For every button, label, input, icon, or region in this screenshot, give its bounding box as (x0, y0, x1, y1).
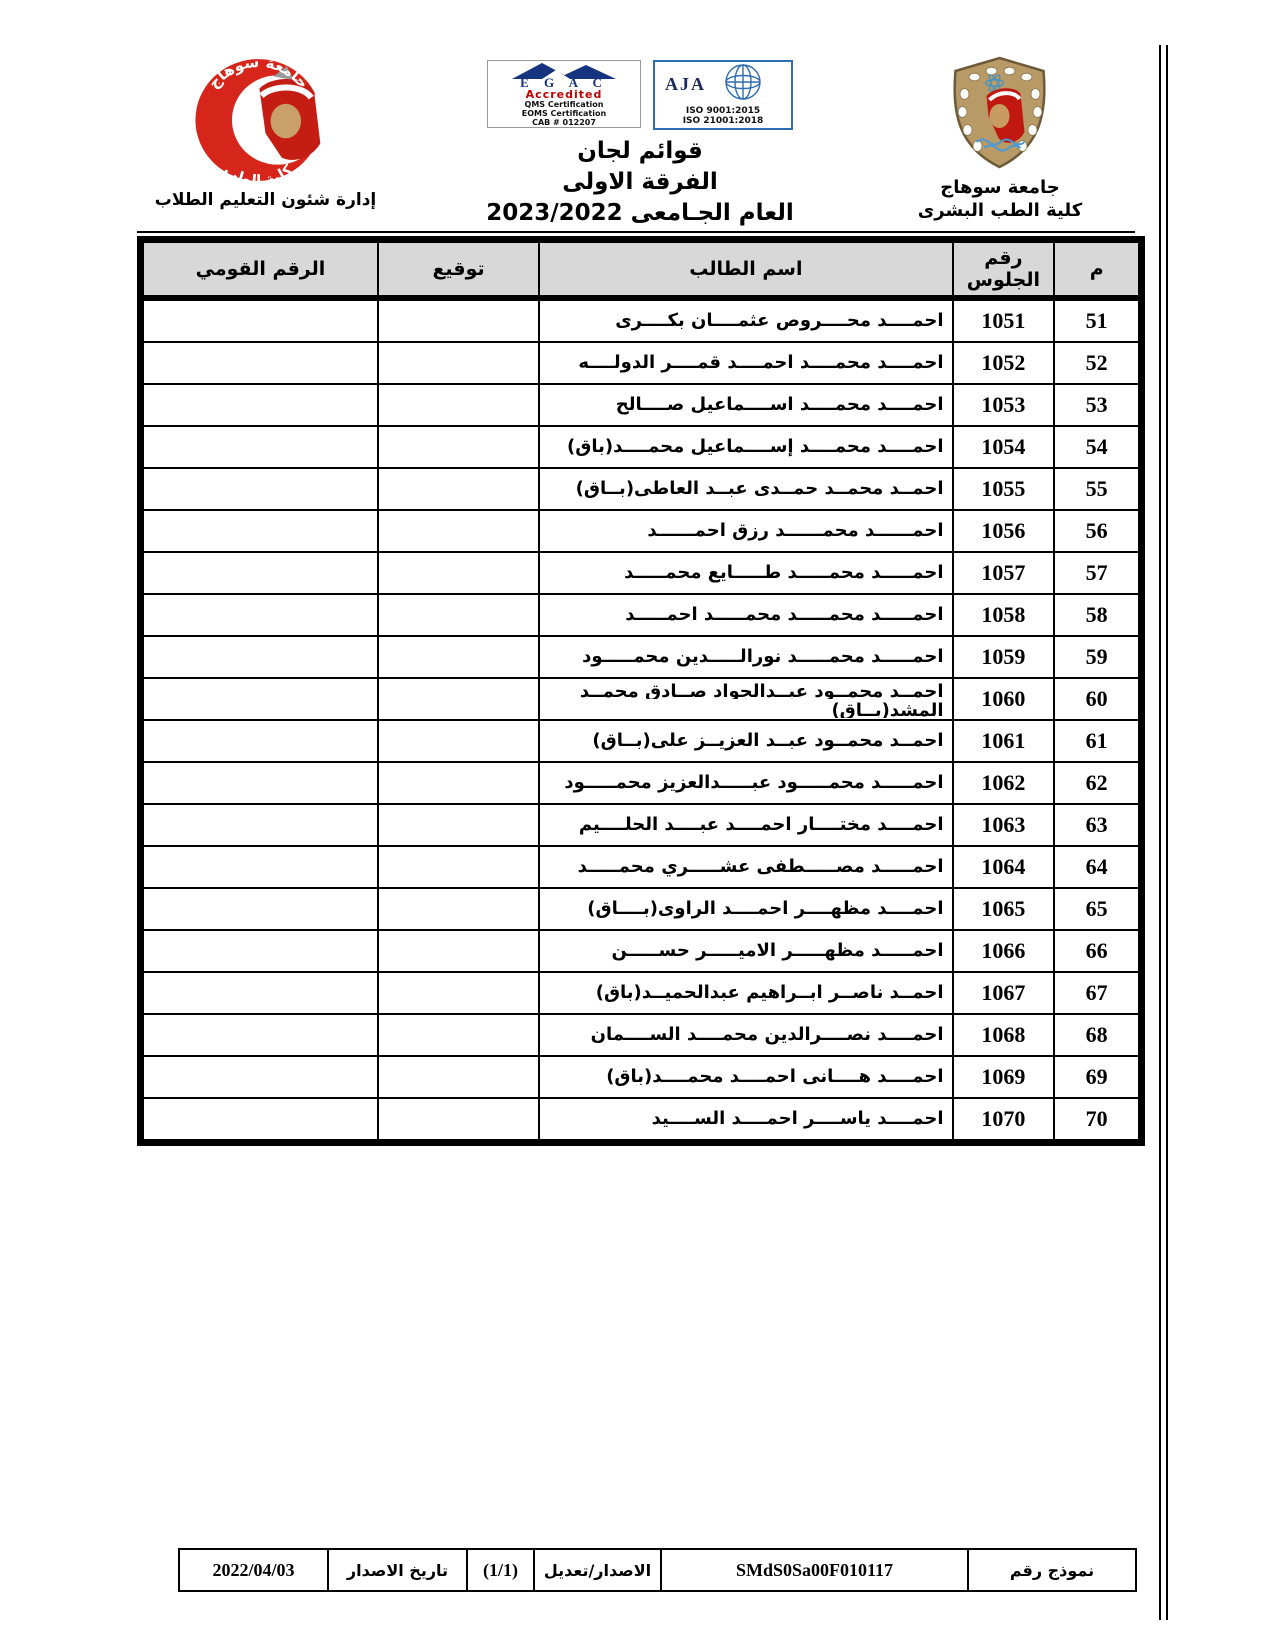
signature-cell (378, 1014, 539, 1056)
seat-number-cell: 1064 (953, 846, 1055, 888)
signature-cell (378, 468, 539, 510)
seat-number-cell: 1062 (953, 762, 1055, 804)
national-id-cell (143, 384, 378, 426)
signature-cell (378, 1056, 539, 1098)
table-row: 67 1067 احمــد ناصــر ابــراهيم عبدالحمي… (143, 972, 1139, 1014)
index-cell: 55 (1054, 468, 1139, 510)
index-cell: 66 (1054, 930, 1139, 972)
seat-number-cell: 1068 (953, 1014, 1055, 1056)
table-row: 52 1052 احمــــد محمــــد احمــــد قمـــ… (143, 342, 1139, 384)
table-row: 63 1063 احمــــد مختــــار احمــــد عبــ… (143, 804, 1139, 846)
student-name-text: احمــــد هــــانى احمــــد محمــــد(باق) (548, 1065, 943, 1089)
egac-cert-line: QMS Certification (525, 100, 604, 109)
index-cell: 54 (1054, 426, 1139, 468)
page-edge-rule (1159, 45, 1168, 1620)
table-row: 60 1060 احمــد محمــود عبــدالجواد صــاد… (143, 678, 1139, 720)
form-footer: نموذج رقم SMdS0Sa00F010117 الاصدار/تعديل… (178, 1548, 1135, 1592)
doc-title-committees: قوائم لجان (478, 136, 802, 167)
table-top-rule (137, 231, 1135, 233)
table-row: 59 1059 احمـــــد محمـــــد نورالـــــدي… (143, 636, 1139, 678)
student-name-text: احمــــد محمــــد اســــماعيل صــــالح (548, 393, 943, 417)
national-id-cell (143, 930, 378, 972)
national-id-cell (143, 426, 378, 468)
seat-number-cell: 1066 (953, 930, 1055, 972)
student-name-cell: احمــــد محمــــد اســــماعيل صــــالح (539, 384, 952, 426)
student-name-cell: احمـــــد محمـــــد محمـــــد احمـــــد (539, 594, 952, 636)
student-name-cell: احمــــد محمــــد احمــــد قمــــر الدول… (539, 342, 952, 384)
student-name-text: احمـــــد مظهـــــر الاميـــــر حســـــن (548, 939, 943, 963)
student-name-cell: احمــد محمــود عبــد العزيــز على(بــاق) (539, 720, 952, 762)
students-table: م رقم الجلوس اسم الطالب توقيع الرقم القو… (142, 241, 1140, 1141)
seat-number-cell: 1060 (953, 678, 1055, 720)
university-shield-logo (941, 54, 1059, 172)
index-cell: 70 (1054, 1098, 1139, 1140)
national-id-cell (143, 972, 378, 1014)
seat-number-cell: 1056 (953, 510, 1055, 552)
doc-title-year-group: الفرقة الاولى (478, 167, 802, 198)
student-name-cell: احمـــــد محمـــــد طـــــايع محمـــــد (539, 552, 952, 594)
university-name-caption: جامعة سوهاج (915, 176, 1085, 199)
national-id-cell (143, 1056, 378, 1098)
student-name-cell: احمــد ناصــر ابــراهيم عبدالحميــد(باق) (539, 972, 952, 1014)
signature-cell (378, 298, 539, 342)
national-id-cell (143, 804, 378, 846)
university-block: جامعة سوهاج كلية الطب البشرى (915, 54, 1085, 222)
student-name-cell: احمــــد مختــــار احمــــد عبــــد الحل… (539, 804, 952, 846)
egac-cert-line: CAB # 012207 (532, 118, 596, 127)
student-name-text: احمــــد محمــــد احمــــد قمــــر الدول… (548, 351, 943, 375)
signature-cell (378, 762, 539, 804)
table-row: 57 1057 احمـــــد محمـــــد طـــــايع مح… (143, 552, 1139, 594)
signature-cell (378, 594, 539, 636)
issue-date-value: 2022/04/03 (179, 1549, 328, 1591)
student-name-cell: احمــــد نصــــرالدين محمــــد الســــما… (539, 1014, 952, 1056)
student-name-cell: احمـــــد محمـــــد نورالـــــدين محمـــ… (539, 636, 952, 678)
national-id-cell (143, 342, 378, 384)
index-cell: 58 (1054, 594, 1139, 636)
seat-number-cell: 1065 (953, 888, 1055, 930)
student-name-text: احمــــــد محمــــــد رزق احمــــــد (548, 519, 943, 543)
signature-cell (378, 804, 539, 846)
pharaoh-face-icon (990, 104, 1010, 128)
signature-cell (378, 972, 539, 1014)
student-name-text: احمــــد مظهــــر احمــــد الراوى(بــــا… (548, 897, 943, 921)
form-number-code: SMdS0Sa00F010117 (661, 1549, 968, 1591)
national-id-cell (143, 594, 378, 636)
national-id-cell (143, 510, 378, 552)
aja-iso-line: ISO 9001:2015 (655, 106, 791, 116)
index-cell: 62 (1054, 762, 1139, 804)
national-id-cell (143, 846, 378, 888)
table-header-row: م رقم الجلوس اسم الطالب توقيع الرقم القو… (143, 242, 1139, 298)
col-header-signature: توقيع (378, 242, 539, 298)
table-row: 64 1064 احمـــــد مصـــــطفى عشـــــري م… (143, 846, 1139, 888)
national-id-cell (143, 298, 378, 342)
national-id-cell (143, 1098, 378, 1140)
student-name-text: احمــد محمــد حمــدى عبــد العاطى(بــاق) (548, 477, 943, 501)
egac-accreditation-badge: E G A C Accredited QMS Certification EOM… (487, 60, 641, 128)
signature-cell (378, 552, 539, 594)
index-cell: 57 (1054, 552, 1139, 594)
col-header-seat-number: رقم الجلوس (953, 242, 1055, 298)
student-name-text: احمــــد مختــــار احمــــد عبــــد الحل… (548, 813, 943, 837)
aja-iso-line: ISO 21001:2018 (655, 116, 791, 126)
seat-number-cell: 1061 (953, 720, 1055, 762)
table-row: 66 1066 احمـــــد مظهـــــر الاميـــــر … (143, 930, 1139, 972)
index-cell: 65 (1054, 888, 1139, 930)
student-name-cell: احمــد محمــد حمــدى عبــد العاطى(بــاق) (539, 468, 952, 510)
student-name-text: احمـــــد مصـــــطفى عشـــــري محمـــــد (548, 855, 943, 879)
student-name-text: احمـــــد محمـــــد نورالـــــدين محمـــ… (548, 645, 943, 669)
index-cell: 53 (1054, 384, 1139, 426)
seat-number-cell: 1055 (953, 468, 1055, 510)
seat-number-cell: 1063 (953, 804, 1055, 846)
table-row: 61 1061 احمــد محمــود عبــد العزيــز عل… (143, 720, 1139, 762)
egac-accredited-label: Accredited (526, 89, 603, 100)
table-row: 51 1051 احمــــد محــــروص عثمــــان بكـ… (143, 298, 1139, 342)
signature-cell (378, 678, 539, 720)
egac-cert-line: EOMS Certification (522, 109, 606, 118)
signature-cell (378, 930, 539, 972)
student-name-text: احمـــــد محمـــــود عبـــــدالعزيز محمـ… (548, 771, 943, 795)
student-name-cell: احمــــد محمــــد إســــماعيل محمــــد(ب… (539, 426, 952, 468)
index-cell: 60 (1054, 678, 1139, 720)
signature-cell (378, 384, 539, 426)
col-header-student-name: اسم الطالب (539, 242, 952, 298)
col-header-index: م (1054, 242, 1139, 298)
seat-number-cell: 1051 (953, 298, 1055, 342)
student-name-text: احمــد محمــود عبــدالجواد صــادق محمــد (548, 680, 943, 699)
signature-cell (378, 636, 539, 678)
seat-number-cell: 1070 (953, 1098, 1055, 1140)
national-id-cell (143, 1014, 378, 1056)
aja-registrars-badge: AJA ISO 9001:2015 ISO 21001:2018 (653, 60, 793, 130)
index-cell: 51 (1054, 298, 1139, 342)
table-row: 53 1053 احمــــد محمــــد اســــماعيل صـ… (143, 384, 1139, 426)
signature-cell (378, 342, 539, 384)
index-cell: 64 (1054, 846, 1139, 888)
index-cell: 69 (1054, 1056, 1139, 1098)
seat-number-cell: 1059 (953, 636, 1055, 678)
national-id-cell (143, 678, 378, 720)
aja-name: AJA (663, 74, 708, 95)
index-cell: 59 (1054, 636, 1139, 678)
document-page: جامعة سوهاج كلية الطب إدارة شئون التعليم… (0, 0, 1275, 1650)
signature-cell (378, 720, 539, 762)
signature-cell (378, 888, 539, 930)
student-name-cell: احمــــــد محمــــــد رزق احمــــــد (539, 510, 952, 552)
students-table-frame: م رقم الجلوس اسم الطالب توقيع الرقم القو… (137, 236, 1145, 1146)
table-row: 56 1056 احمــــــد محمــــــد رزق احمـــ… (143, 510, 1139, 552)
student-name-cell: احمـــــد مصـــــطفى عشـــــري محمـــــد (539, 846, 952, 888)
table-row: 69 1069 احمــــد هــــانى احمــــد محمــ… (143, 1056, 1139, 1098)
seat-number-cell: 1053 (953, 384, 1055, 426)
index-cell: 68 (1054, 1014, 1139, 1056)
student-name-text: احمــد محمــود عبــد العزيــز على(بــاق) (548, 729, 943, 753)
student-table-body: 51 1051 احمــــد محــــروص عثمــــان بكـ… (143, 298, 1139, 1140)
student-name-text: احمـــــد محمـــــد طـــــايع محمـــــد (548, 561, 943, 585)
seat-number-cell: 1067 (953, 972, 1055, 1014)
signature-cell (378, 510, 539, 552)
faculty-name-caption: كلية الطب البشرى (915, 199, 1085, 222)
index-cell: 56 (1054, 510, 1139, 552)
student-affairs-caption: إدارة شئون التعليم الطلاب (148, 190, 383, 210)
student-name-text: احمــــد محمــــد إســــماعيل محمــــد(ب… (548, 435, 943, 459)
form-footer-table: نموذج رقم SMdS0Sa00F010117 الاصدار/تعديل… (178, 1548, 1137, 1592)
signature-cell (378, 1098, 539, 1140)
student-name-overflow-text: المشد(بــاق) (548, 699, 943, 718)
table-row: 70 1070 احمــــد ياســــر احمــــد الســ… (143, 1098, 1139, 1140)
national-id-cell (143, 468, 378, 510)
national-id-cell (143, 552, 378, 594)
table-row: 58 1058 احمـــــد محمـــــد محمـــــد اح… (143, 594, 1139, 636)
student-name-text: احمـــــد محمـــــد محمـــــد احمـــــد (548, 603, 943, 627)
crescent-faculty-logo: جامعة سوهاج كلية الطب (166, 54, 366, 186)
student-name-cell: احمــــد مظهــــر احمــــد الراوى(بــــا… (539, 888, 952, 930)
issue-revision-label: الاصدار/تعديل (534, 1549, 661, 1591)
seat-number-cell: 1054 (953, 426, 1055, 468)
seat-number-cell: 1052 (953, 342, 1055, 384)
national-id-cell (143, 720, 378, 762)
signature-cell (378, 426, 539, 468)
table-row: 65 1065 احمــــد مظهــــر احمــــد الراو… (143, 888, 1139, 930)
student-name-cell: احمــــد هــــانى احمــــد محمــــد(باق) (539, 1056, 952, 1098)
document-header-center: E G A C Accredited QMS Certification EOM… (478, 60, 802, 260)
issue-revision-value: (1/1) (467, 1549, 534, 1591)
national-id-cell (143, 762, 378, 804)
student-affairs-block: جامعة سوهاج كلية الطب إدارة شئون التعليم… (148, 54, 383, 210)
seat-number-cell: 1069 (953, 1056, 1055, 1098)
index-cell: 52 (1054, 342, 1139, 384)
student-name-text: احمــــد نصــــرالدين محمــــد الســــما… (548, 1023, 943, 1047)
index-cell: 63 (1054, 804, 1139, 846)
student-name-text: احمــد ناصــر ابــراهيم عبدالحميــد(باق) (548, 981, 943, 1005)
national-id-cell (143, 888, 378, 930)
signature-cell (378, 846, 539, 888)
table-row: 68 1068 احمــــد نصــــرالدين محمــــد ا… (143, 1014, 1139, 1056)
index-cell: 67 (1054, 972, 1139, 1014)
table-row: 62 1062 احمـــــد محمـــــود عبـــــدالع… (143, 762, 1139, 804)
index-cell: 61 (1054, 720, 1139, 762)
student-name-text: احمــــد محــــروص عثمــــان بكــــرى (548, 309, 943, 333)
student-name-cell: احمـــــد مظهـــــر الاميـــــر حســـــن (539, 930, 952, 972)
student-name-cell: احمــــد محــــروص عثمــــان بكــــرى (539, 298, 952, 342)
student-name-text: احمــــد ياســــر احمــــد الســــيد (548, 1107, 943, 1131)
table-row: 54 1054 احمــــد محمــــد إســــماعيل مح… (143, 426, 1139, 468)
seat-number-cell: 1057 (953, 552, 1055, 594)
pharaoh-face-icon (270, 104, 300, 139)
student-name-cell: احمــد محمــود عبــدالجواد صــادق محمــد… (539, 678, 952, 720)
col-header-national-id: الرقم القومي (143, 242, 378, 298)
table-row: 55 1055 احمــد محمــد حمــدى عبــد العاط… (143, 468, 1139, 510)
issue-date-label: تاريخ الاصدار (328, 1549, 467, 1591)
national-id-cell (143, 636, 378, 678)
form-number-label: نموذج رقم (968, 1549, 1136, 1591)
student-name-cell: احمــــد ياســــر احمــــد الســــيد (539, 1098, 952, 1140)
student-name-cell: احمـــــد محمـــــود عبـــــدالعزيز محمـ… (539, 762, 952, 804)
seat-number-cell: 1058 (953, 594, 1055, 636)
